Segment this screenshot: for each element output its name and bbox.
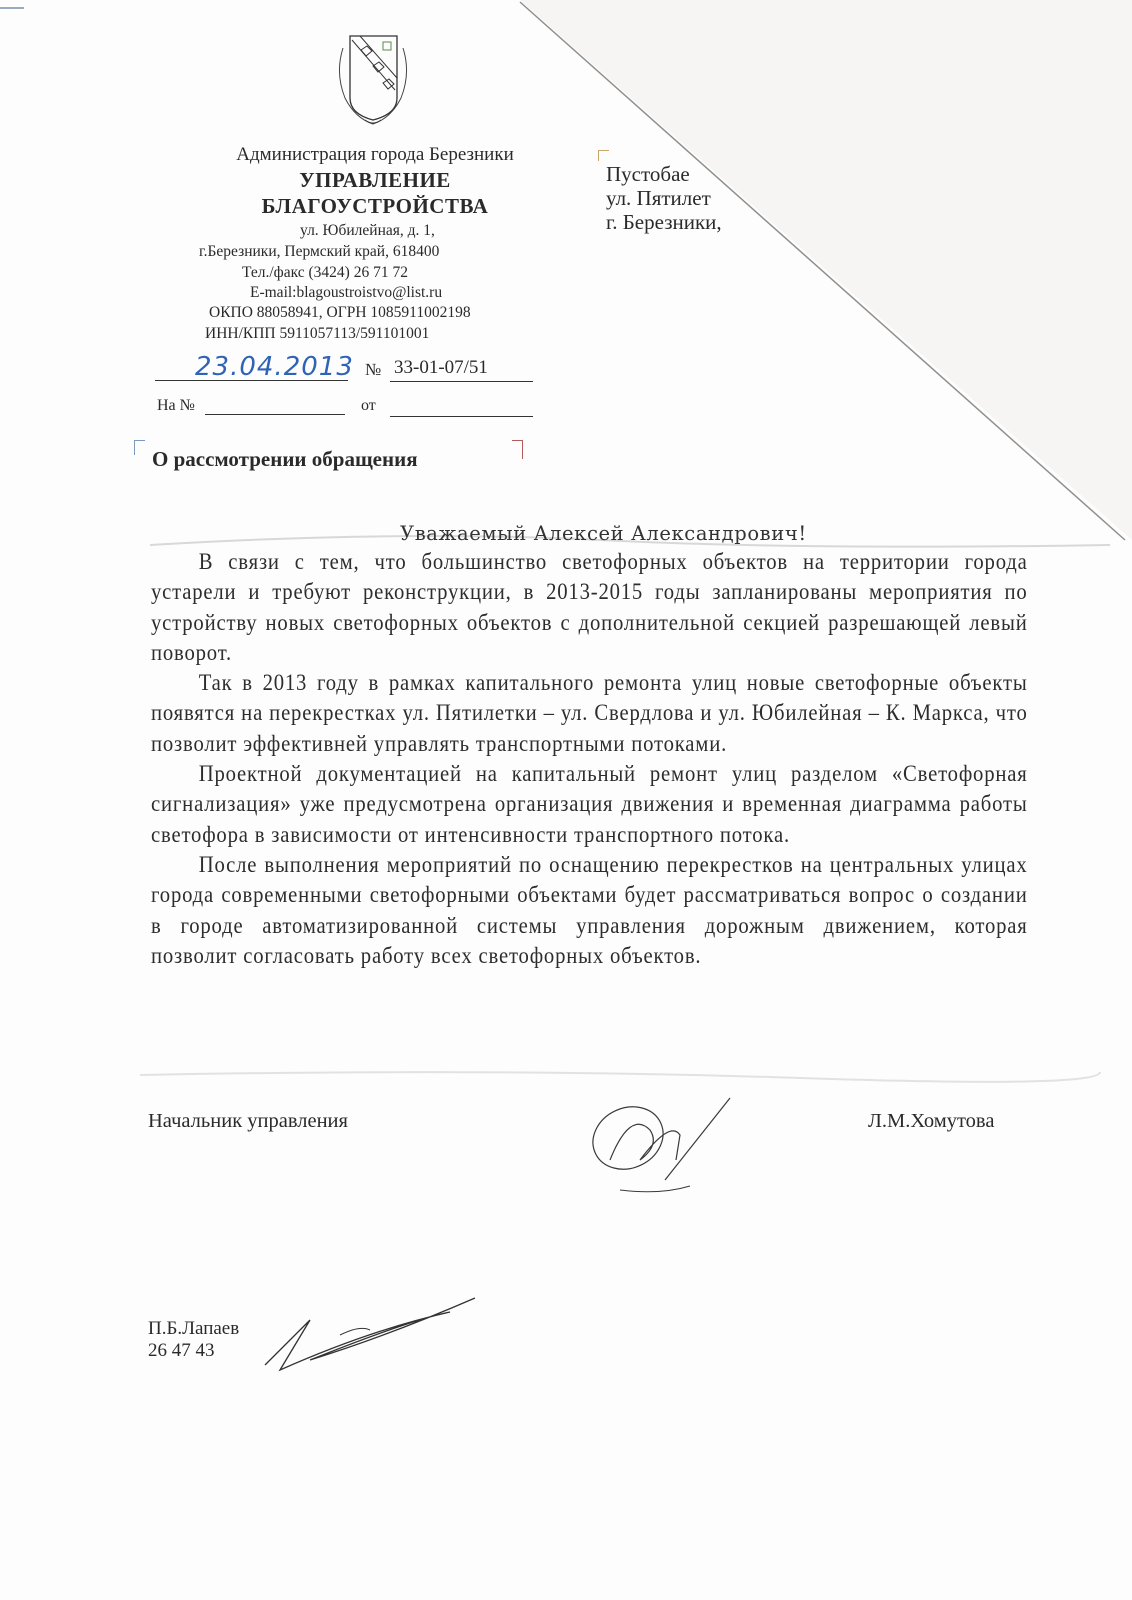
document-page: Администрация города Березники УПРАВЛЕНИ… [0, 0, 1132, 1600]
letterhead-phone: Тел./факс (3424) 26 71 72 [242, 264, 408, 282]
recipient-address: Пустобае ул. Пятилет г. Березники, [606, 162, 722, 234]
from-underline [390, 416, 533, 417]
registration-number-underline [390, 381, 533, 382]
registration-number: 33-01-07/51 [394, 357, 488, 379]
reply-to-underline [205, 414, 345, 415]
subject-bracket-right [512, 440, 523, 459]
letter-paragraph: Проектной документацией на капитальный р… [151, 759, 1028, 850]
city-coat-of-arms-icon [325, 28, 420, 128]
recipient-line: Пустобае [606, 162, 722, 186]
letter-paragraph: Так в 2013 году в рамках капитального ре… [151, 668, 1028, 759]
signatory-name: Л.М.Хомутова [868, 1110, 994, 1133]
executor-signature-icon [250, 1290, 490, 1380]
recipient-line: г. Березники, [606, 210, 722, 234]
executor-phone: 26 47 43 [148, 1340, 239, 1362]
letter-paragraph: В связи с тем, что большинство светофорн… [151, 547, 1028, 668]
letterhead-okpo-ogrn: ОКПО 88058941, ОГРН 1085911002198 [209, 304, 471, 322]
letterhead-city: г.Березники, Пермский край, 618400 [199, 243, 439, 261]
number-sign: № [365, 360, 381, 380]
recipient-corner-mark [598, 150, 609, 161]
executor-name: П.Б.Лапаев [148, 1318, 239, 1340]
subject-bracket-left [134, 440, 145, 455]
letterhead-inn-kpp: ИНН/КПП 5911057113/591101001 [205, 325, 429, 343]
signatory-title: Начальник управления [148, 1110, 348, 1133]
administration-name: Администрация города Березники [190, 144, 560, 166]
letter-paragraph: После выполнения мероприятий по оснащени… [151, 850, 1028, 971]
department-name-line2: БЛАГОУСТРОЙСТВА [190, 194, 560, 219]
reply-to-label: На № [157, 397, 195, 415]
letter-body: В связи с тем, что большинство светофорн… [151, 547, 1028, 971]
executor-info: П.Б.Лапаев 26 47 43 [148, 1318, 239, 1362]
letterhead-street: ул. Юбилейная, д. 1, [300, 222, 435, 240]
letterhead-email: E-mail:blagoustroistvo@list.ru [250, 284, 442, 302]
recipient-line: ул. Пятилет [606, 186, 722, 210]
department-name-line1: УПРАВЛЕНИЕ [190, 168, 560, 193]
greeting: Уважаемый Алексей Александрович! [400, 522, 807, 545]
letter-subject: О рассмотрении обращения [152, 447, 418, 472]
handwritten-date: 23.04.2013 [195, 352, 354, 382]
date-underline [155, 380, 348, 381]
handwritten-signature-icon [580, 1090, 750, 1200]
from-label: от [361, 397, 376, 415]
